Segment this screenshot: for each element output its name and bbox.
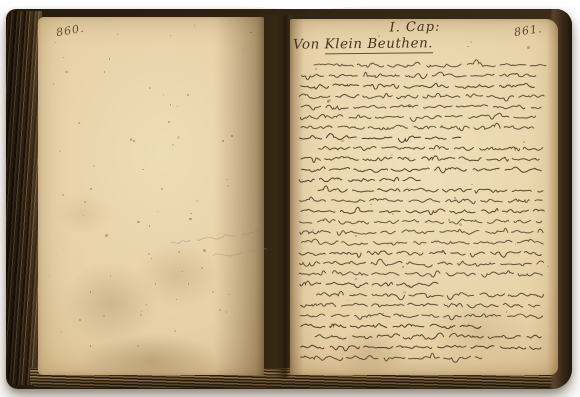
foxing-speck [172,144,174,146]
foxing-speck [228,294,230,296]
foxing-speck [243,48,244,49]
foxing-speck [148,253,150,255]
section-title: Von Klein Beuthen. [293,35,433,52]
foxing-speck [194,25,195,26]
foxing-speck [196,200,198,202]
foxing-speck [227,185,229,187]
foxing-speck [176,299,177,300]
foxing-speck [222,140,224,142]
left-page-number: 860. [55,22,85,40]
foxing-speck [174,330,176,332]
book: 860. 861. I. Cap: Von Klein Beuthen. [6,9,572,389]
foxing-speck [83,215,84,216]
foxing-speck [53,83,55,85]
right-page-number: 861. [513,22,543,39]
foxing-speck [149,87,151,89]
foxing-speck [161,188,163,190]
foxing-speck [188,283,190,285]
foxing-speck [55,42,57,44]
foxing-speck [226,311,228,313]
foxing-speck [78,122,80,124]
top-edge-dip [238,0,370,9]
foxing-speck [103,315,105,317]
section-title-prefix: Von [293,36,325,52]
foxing-speck [226,179,227,180]
book-left-page-edges [6,11,42,385]
foxing-speck [65,71,67,73]
handwritten-body [296,56,552,370]
foxing-speck [151,258,152,259]
foxing-speck [140,314,142,316]
foxing-speck [62,194,64,196]
photo-stage: 860. 861. I. Cap: Von Klein Beuthen. [0,0,580,397]
foxing-speck [250,32,252,34]
foxing-speck [149,225,151,227]
foxing-speck [187,94,189,96]
foxing-speck [90,291,91,292]
foxing-speck [84,201,86,203]
foxing-speck [177,136,179,138]
foxing-speck [117,34,118,35]
foxing-speck [104,71,105,72]
foxing-speck [527,46,529,48]
foxing-speck [141,311,142,312]
foxing-speck [109,58,111,60]
foxing-speck [49,275,50,276]
foxing-speck [163,94,165,96]
foxing-speck [177,106,178,107]
foxing-speck [189,218,191,220]
foxing-speck [93,165,95,167]
foxing-speck [170,35,171,36]
foxing-speck [90,345,92,347]
foxing-speck [79,319,81,321]
right-page: 861. I. Cap: Von Klein Beuthen. [290,19,558,375]
section-title-main: Klein Beuthen. [325,35,434,54]
foxing-speck [157,211,158,212]
foxing-speck [168,121,171,124]
foxing-speck [137,221,139,223]
foxing-speck [61,331,63,333]
foxing-speck [212,291,214,293]
foxing-speck [133,140,135,142]
foxing-speck [231,135,233,137]
left-page: 860. [38,17,264,375]
foxing-speck [170,104,172,106]
foxing-speck [226,148,227,149]
foxing-speck [146,304,147,305]
chapter-heading: I. Cap: [340,19,490,37]
foxing-speck [82,261,83,262]
foxing-speck [90,188,92,190]
foxing-speck [467,46,468,47]
foxing-speck [63,249,64,250]
foxing-speck [219,309,220,310]
pencil-annotation [163,212,281,283]
foxing-speck [130,138,132,140]
foxing-speck [59,150,61,152]
foxing-speck [110,275,111,276]
foxing-speck [105,234,107,236]
foxing-speck [470,41,473,44]
foxing-speck [137,345,139,347]
foxing-speck [63,57,64,58]
foxing-speck [190,213,192,215]
foxing-speck [142,169,144,171]
foxing-speck [155,283,156,284]
